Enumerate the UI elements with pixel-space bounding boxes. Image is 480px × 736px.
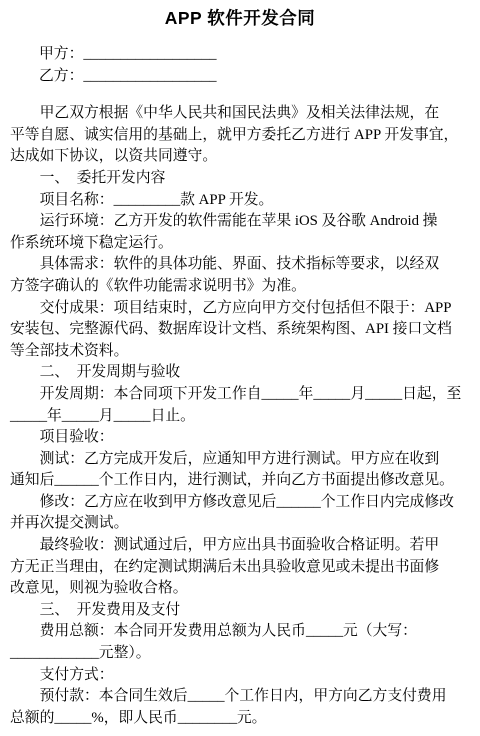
party-b-line: 乙方：__________________: [39, 66, 480, 88]
document-title: APP 软件开发合同: [0, 0, 480, 31]
doc-line-deliverables-3: 等全部技术资料。: [10, 341, 468, 363]
section-2-heading: 二、 开发周期与验收: [10, 362, 468, 384]
doc-line-total-fee-2: ____________元整）。: [10, 643, 468, 665]
doc-line-preamble-3: 达成如下协议，以资共同遵守。: [10, 146, 468, 168]
doc-line-prepayment-2: 总额的_____%，即人民币________元。: [10, 708, 468, 730]
parties-block: 甲方：__________________ 乙方：_______________…: [0, 44, 480, 87]
doc-line-testing-2: 通知后______个工作日内，进行测试，并向乙方书面提出修改意见。: [10, 470, 468, 492]
doc-line-deliverables-2: 安装包、完整源代码、数据库设计文档、系统架构图、API 接口文档: [10, 319, 468, 341]
doc-line-period-1: 开发周期：本合同项下开发工作自_____年_____月_____日起，至: [10, 384, 468, 406]
doc-line-revision-1: 修改：乙方应在收到甲方修改意见后______个工作日内完成修改: [10, 492, 468, 514]
doc-line-testing-1: 测试：乙方完成开发后，应通知甲方进行测试。甲方应在收到: [10, 449, 468, 471]
doc-line-environment-1: 运行环境：乙方开发的软件需能在苹果 iOS 及谷歌 Android 操: [10, 211, 468, 233]
doc-line-environment-2: 作系统环境下稳定运行。: [10, 233, 468, 255]
doc-line-period-2: _____年_____月_____日止。: [10, 406, 468, 428]
doc-line-deliverables-1: 交付成果：项目结束时，乙方应向甲方交付包括但不限于：APP: [10, 298, 468, 320]
doc-line-preamble-1: 甲乙双方根据《中华人民共和国民法典》及相关法律法规，在: [10, 103, 468, 125]
doc-line-project-name: 项目名称：_________款 APP 开发。: [10, 190, 468, 212]
section-3-heading: 三、 开发费用及支付: [10, 600, 468, 622]
doc-line-revision-2: 并再次提交测试。: [10, 513, 468, 535]
party-a-line: 甲方：__________________: [39, 44, 480, 66]
doc-line-final-acceptance-1: 最终验收：测试通过后，甲方应出具书面验收合格证明。若甲: [10, 535, 468, 557]
doc-line-total-fee-1: 费用总额：本合同开发费用总额为人民币_____元（大写：: [10, 621, 468, 643]
doc-line-preamble-2: 平等自愿、诚实信用的基础上，就甲方委托乙方进行 APP 开发事宜，: [10, 125, 468, 147]
contract-document: APP 软件开发合同 甲方：__________________ 乙方：____…: [0, 0, 480, 736]
doc-line-final-acceptance-3: 改意见，则视为验收合格。: [10, 578, 468, 600]
doc-line-acceptance-label: 项目验收：: [10, 427, 468, 449]
doc-line-requirements-1: 具体需求：软件的具体功能、界面、技术指标等要求，以经双: [10, 254, 468, 276]
section-1-heading: 一、 委托开发内容: [10, 168, 468, 190]
doc-line-payment-method-label: 支付方式：: [10, 665, 468, 687]
doc-line-prepayment-1: 预付款：本合同生效后_____个工作日内，甲方向乙方支付费用: [10, 686, 468, 708]
doc-line-final-acceptance-2: 方无正当理由，在约定测试期满后未出具验收意见或未提出书面修: [10, 557, 468, 579]
contract-body: 甲乙双方根据《中华人民共和国民法典》及相关法律法规，在 平等自愿、诚实信用的基础…: [0, 103, 480, 729]
doc-line-requirements-2: 方签字确认的《软件功能需求说明书》为准。: [10, 276, 468, 298]
